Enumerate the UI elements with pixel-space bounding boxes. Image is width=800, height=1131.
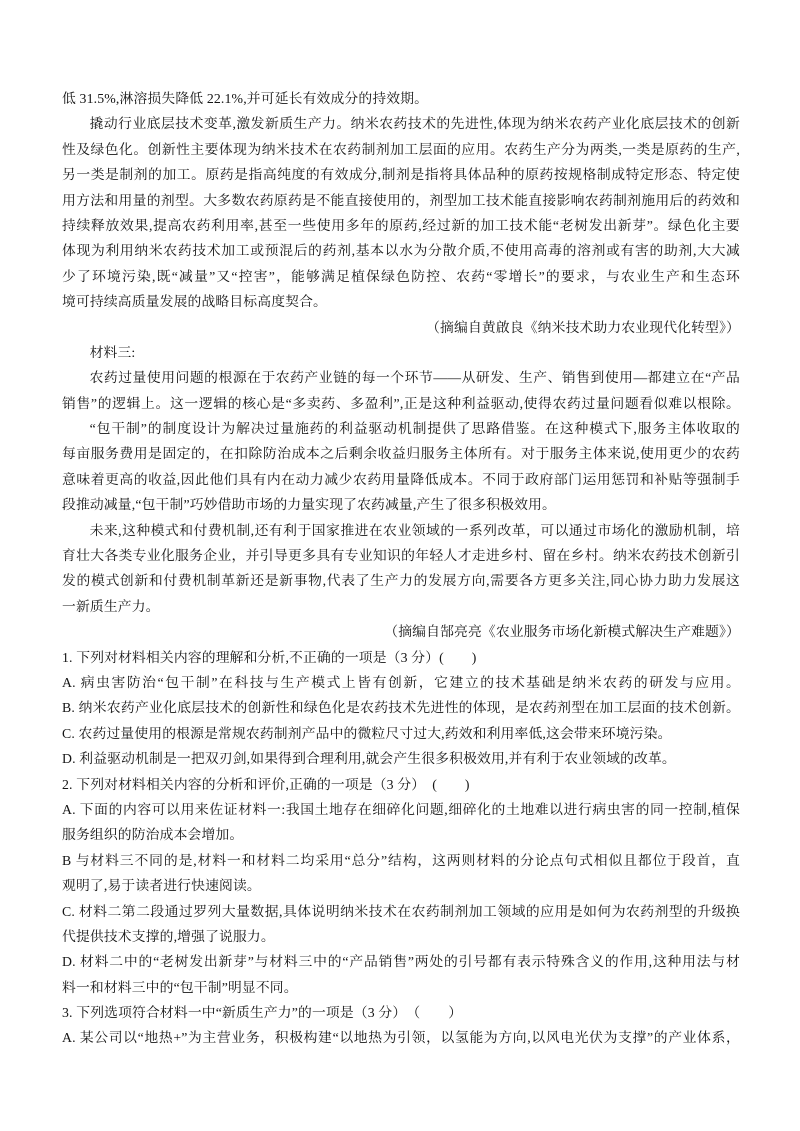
citation-line: （摘编自黄啟良《纳米技术助力农业现代化转型》） xyxy=(62,315,740,340)
option-line: A. 下面的内容可以用来佐证材料一:我国土地存在细碎化问题,细碎化的土地难以进行… xyxy=(62,797,740,822)
body-line: 意味着更高的收益,因此他们具有内在动力减少农药用量降低成本。不同于政府部门运用惩… xyxy=(62,467,740,492)
body-line: 农药过量使用问题的根源在于农药产业链的每一个环节——从研发、生产、销售到使用—都… xyxy=(62,365,740,390)
document-body: 低 31.5%,淋溶损失降低 22.1%,并可延长有效成分的持效期。撬动行业底层… xyxy=(62,86,740,1051)
body-line: 一新质生产力。 xyxy=(62,594,740,619)
exam-page: 低 31.5%,淋溶损失降低 22.1%,并可延长有效成分的持效期。撬动行业底层… xyxy=(0,0,800,1131)
body-line: 低 31.5%,淋溶损失降低 22.1%,并可延长有效成分的持效期。 xyxy=(62,86,740,111)
option-line: C. 农药过量使用的根源是常规农药制剂产品中的微粒尺寸过大,药效和利用率低,这会… xyxy=(62,721,740,746)
body-line: 境可持续高质量发展的战略目标高度契合。 xyxy=(62,289,740,314)
body-line: 少了环境污染,既“减量”又“控害”，能够满足植保绿色防控、农药“零增长”的要求，… xyxy=(62,264,740,289)
body-line: 发的模式创新和付费机制革新还是新事物,代表了生产力的发展方向,需要各方更多关注,… xyxy=(62,568,740,593)
body-line: 销售”的逻辑上。这一逻辑的核心是“多卖药、多盈利”,正是这种利益驱动,使得农药过… xyxy=(62,391,740,416)
body-line: 育壮大各类专业化服务企业，并引导更多具有专业知识的年轻人才走进乡村、留在乡村。纳… xyxy=(62,543,740,568)
body-line: 另一类是制剂的加工。原药是指高纯度的有效成分,制剂是指将具体品种的原药按规格制成… xyxy=(62,162,740,187)
body-line: “包干制”的制度设计为解决过量施药的利益驱动机制提供了思路借鉴。在这种模式下,服… xyxy=(62,416,740,441)
option-line: A. 病虫害防治“包干制”在科技与生产模式上皆有创新，它建立的技术基础是纳米农药… xyxy=(62,670,740,695)
option-line: D. 材料二中的“老树发出新芽”与材料三中的“产品销售”两处的引号都有表示特殊含… xyxy=(62,949,740,974)
body-line: 体现为利用纳米农药技术加工或预混后的药剂,基本以水为分散介质,不使用高毒的溶剂或… xyxy=(62,238,740,263)
option-line: D. 利益驱动机制是一把双刃剑,如果得到合理利用,就会产生很多积极效用,并有利于… xyxy=(62,746,740,771)
body-line: 持续释放效果,提高农药利用率,甚至一些使用多年的原药,经过新的加工技术能“老树发… xyxy=(62,213,740,238)
section-label: 材料三: xyxy=(62,340,740,365)
question-line: 3. 下列选项符合材料一中“新质生产力”的一项是（3 分） （ ） xyxy=(62,1000,740,1025)
option-line: C. 材料二第二段通过罗列大量数据,具体说明纳米技术在农药制剂加工领域的应用是如… xyxy=(62,899,740,924)
body-line: 每亩服务费用是固定的，在扣除防治成本之后剩余收益归服务主体所有。对于服务主体来说… xyxy=(62,441,740,466)
option-line: B. 纳米农药产业化底层技术的创新性和绿色化是农药技术先进性的体现，是农药剂型在… xyxy=(62,695,740,720)
body-line: 撬动行业底层技术变革,激发新质生产力。纳米农药技术的先进性,体现为纳米农药产业化… xyxy=(62,111,740,136)
option-line: 服务组织的防治成本会增加。 xyxy=(62,822,740,847)
body-line: 未来,这种模式和付费机制,还有利于国家推进在农业领域的一系列改革，可以通过市场化… xyxy=(62,518,740,543)
option-line: 代提供技术支撑的,增强了说服力。 xyxy=(62,924,740,949)
citation-line: （摘编自郜亮亮《农业服务市场化新模式解决生产难题》） xyxy=(62,619,740,644)
body-line: 用方法和用量的剂型。大多数农药原药是不能直接使用的，剂型加工技术能直接影响农药制… xyxy=(62,188,740,213)
question-line: 1. 下列对材料相关内容的理解和分析,不正确的一项是（3 分）( ) xyxy=(62,645,740,670)
question-line: 2. 下列对材料相关内容的分析和评价,正确的一项是（3 分） ( ) xyxy=(62,772,740,797)
option-line: A. 某公司以“地热+”为主营业务，积极构建“以地热为引领，以氢能为方向,以风电… xyxy=(62,1025,740,1050)
body-line: 段推动减量,“包干制”巧妙借助市场的力量实现了农药减量,产生了很多积极效用。 xyxy=(62,492,740,517)
option-line: 观明了,易于读者进行快速阅读。 xyxy=(62,873,740,898)
option-line: B 与材料三不同的是,材料一和材料二均采用“总分”结构，这两则材料的分论点句式相… xyxy=(62,848,740,873)
body-line: 性及绿色化。创新性主要体现为纳米技术在农药制剂加工层面的应用。农药生产分为两类,… xyxy=(62,137,740,162)
option-line: 料一和材料三中的“包干制”明显不同。 xyxy=(62,975,740,1000)
